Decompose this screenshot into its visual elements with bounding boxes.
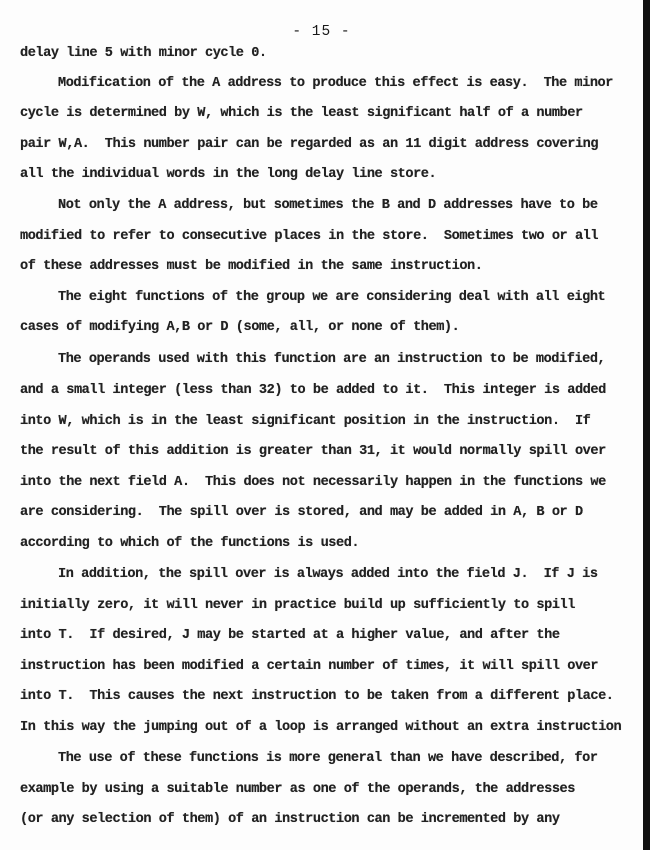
text-line: and a small integer (less than 32) to be… bbox=[20, 383, 606, 398]
paragraph-first-line: Not only the A address, but sometimes th… bbox=[58, 198, 598, 213]
text-line: into W, which is in the least significan… bbox=[20, 414, 590, 429]
text-line: In this way the jumping out of a loop is… bbox=[20, 720, 621, 735]
text-line: into T. If desired, J may be started at … bbox=[20, 628, 560, 643]
text-line: instruction has been modified a certain … bbox=[20, 659, 598, 674]
paragraph-first-line: The operands used with this function are… bbox=[58, 352, 605, 367]
text-line: of these addresses must be modified in t… bbox=[20, 259, 482, 274]
text-line: are considering. The spill over is store… bbox=[20, 505, 583, 520]
paragraph-first-line: The eight functions of the group we are … bbox=[58, 290, 605, 305]
text-line: into the next field A. This does not nec… bbox=[20, 475, 606, 490]
text-line: delay line 5 with minor cycle 0. bbox=[20, 46, 267, 61]
document-page: - 15 - delay line 5 with minor cycle 0.M… bbox=[0, 0, 643, 850]
text-line: according to which of the functions is u… bbox=[20, 536, 359, 551]
text-line: the result of this addition is greater t… bbox=[20, 444, 606, 459]
text-line: into T. This causes the next instruction… bbox=[20, 689, 613, 704]
page-number: - 15 - bbox=[0, 24, 643, 40]
scan-edge-border bbox=[643, 0, 650, 850]
text-line: modified to refer to consecutive places … bbox=[20, 229, 598, 244]
paragraph-first-line: The use of these functions is more gener… bbox=[58, 751, 598, 766]
text-line: all the individual words in the long del… bbox=[20, 167, 436, 182]
text-line: cycle is determined by W, which is the l… bbox=[20, 106, 583, 121]
text-line: pair W,A. This number pair can be regard… bbox=[20, 137, 598, 152]
paragraph-first-line: In addition, the spill over is always ad… bbox=[58, 567, 598, 582]
text-line: initially zero, it will never in practic… bbox=[20, 598, 575, 613]
text-line: example by using a suitable number as on… bbox=[20, 782, 575, 797]
text-line: cases of modifying A,B or D (some, all, … bbox=[20, 320, 459, 335]
paragraph-first-line: Modification of the A address to produce… bbox=[58, 76, 613, 91]
text-line: (or any selection of them) of an instruc… bbox=[20, 812, 560, 827]
